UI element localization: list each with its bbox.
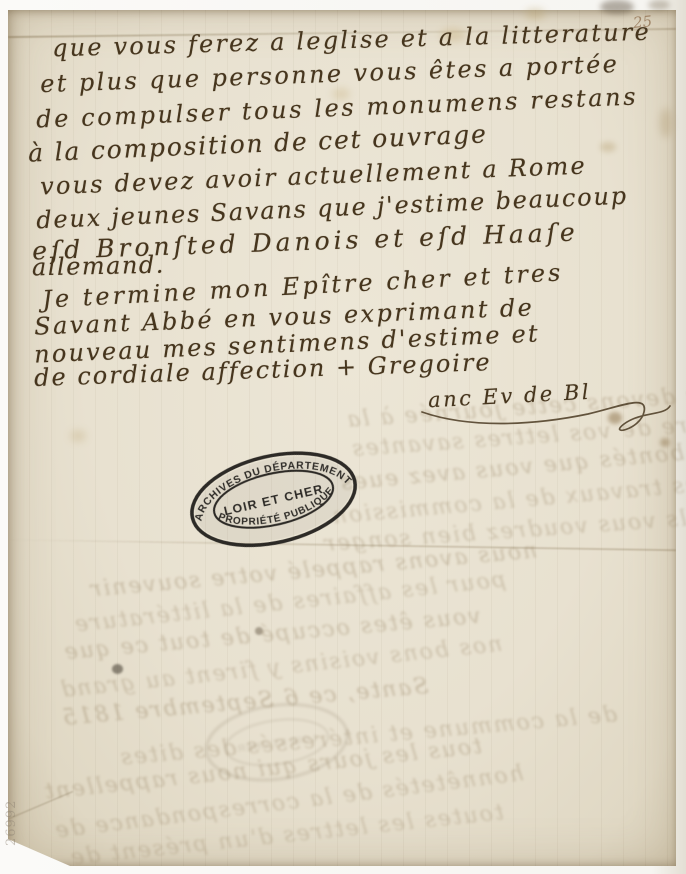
folio-number: 25 [632, 12, 653, 32]
inventory-number: 26992 [4, 800, 19, 846]
stamp-bleed-center-text: LOIR ET CHER [236, 733, 317, 755]
fold-crease-top [8, 28, 676, 38]
foxing-spot [648, 0, 670, 10]
fold-crease-middle [8, 539, 676, 551]
scanned-manuscript-page: nous devons cette journée à lalecture de… [0, 0, 686, 874]
